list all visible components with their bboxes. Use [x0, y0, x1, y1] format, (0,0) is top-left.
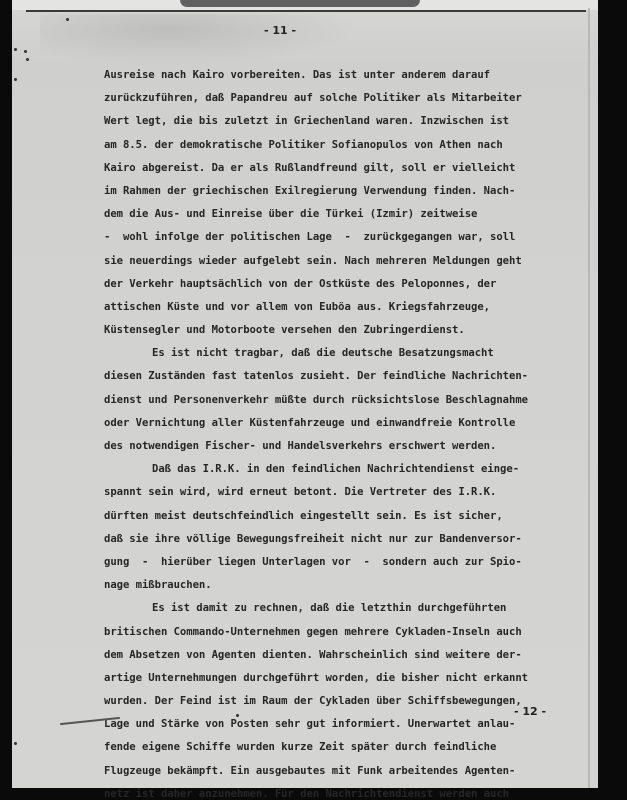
text-line: dürften meist deutschfeindlich eingestel…	[104, 505, 574, 528]
text-line: Es ist nicht tragbar, daß die deutsche B…	[104, 342, 574, 365]
text-line: artige Unternehmungen durchgeführt worde…	[104, 667, 574, 690]
page-number-bottom: - 12 -	[500, 705, 560, 718]
text-line: im Rahmen der griechischen Exilregierung…	[104, 180, 574, 203]
text-line: sie neuerdings wieder aufgelebt sein. Na…	[104, 250, 574, 273]
text-line: dienst und Personenverkehr müßte durch r…	[104, 389, 574, 412]
text-line: daß sie ihre völlige Bewegungsfreiheit n…	[104, 528, 574, 551]
text-line: dem Absetzen von Agenten dienten. Wahrsc…	[104, 644, 574, 667]
sheet-fold-line	[26, 10, 586, 12]
text-line: oder Vernichtung aller Küstenfahrzeuge u…	[104, 412, 574, 435]
scan-shadow	[40, 14, 360, 64]
text-line: gung - hierüber liegen Unterlagen vor - …	[104, 551, 574, 574]
text-line: - wohl infolge der politischen Lage - zu…	[104, 226, 574, 249]
text-line: Kairo abgereist. Da er als Rußlandfreund…	[104, 157, 574, 180]
text-line: Flugzeuge bekämpft. Ein ausgebautes mit …	[104, 760, 574, 783]
text-line: fende eigene Schiffe wurden kurze Zeit s…	[104, 736, 574, 759]
paper-right-edge	[588, 8, 590, 788]
text-line: Es ist damit zu rechnen, daß die letzthi…	[104, 597, 574, 620]
text-line: des notwendigen Fischer- und Handelsverk…	[104, 435, 574, 458]
text-line: Daß das I.R.K. in den feindlichen Nachri…	[104, 458, 574, 481]
typewritten-body: Ausreise nach Kairo vorbereiten. Das ist…	[104, 64, 574, 800]
text-line: Küstensegler und Motorboote versehen den…	[104, 319, 574, 342]
text-line: Wert legt, die bis zuletzt in Griechenla…	[104, 110, 574, 133]
text-line: am 8.5. der demokratische Politiker Sofi…	[104, 134, 574, 157]
text-line: britischen Commando-Unternehmen gegen me…	[104, 621, 574, 644]
text-line: der Verkehr hauptsächlich von der Ostküs…	[104, 273, 574, 296]
scanned-page: - 11 - Ausreise nach Kairo vorbereiten. …	[0, 0, 627, 800]
text-line: nage mißbrauchen.	[104, 574, 574, 597]
text-line: Ausreise nach Kairo vorbereiten. Das ist…	[104, 64, 574, 87]
text-line: spannt sein wird, wird erneut betont. Di…	[104, 481, 574, 504]
page-number-top: - 11 -	[240, 24, 320, 37]
scan-smudge	[180, 0, 420, 7]
text-line: netz ist daher anzunehmen. Für den Nachr…	[104, 783, 574, 800]
text-line: dem die Aus- und Einreise über die Türke…	[104, 203, 574, 226]
text-line: attischen Küste und vor allem von Euböa …	[104, 296, 574, 319]
text-line: zurückzuführen, daß Papandreu auf solche…	[104, 87, 574, 110]
text-line: diesen Zuständen fast tatenlos zusieht. …	[104, 365, 574, 388]
